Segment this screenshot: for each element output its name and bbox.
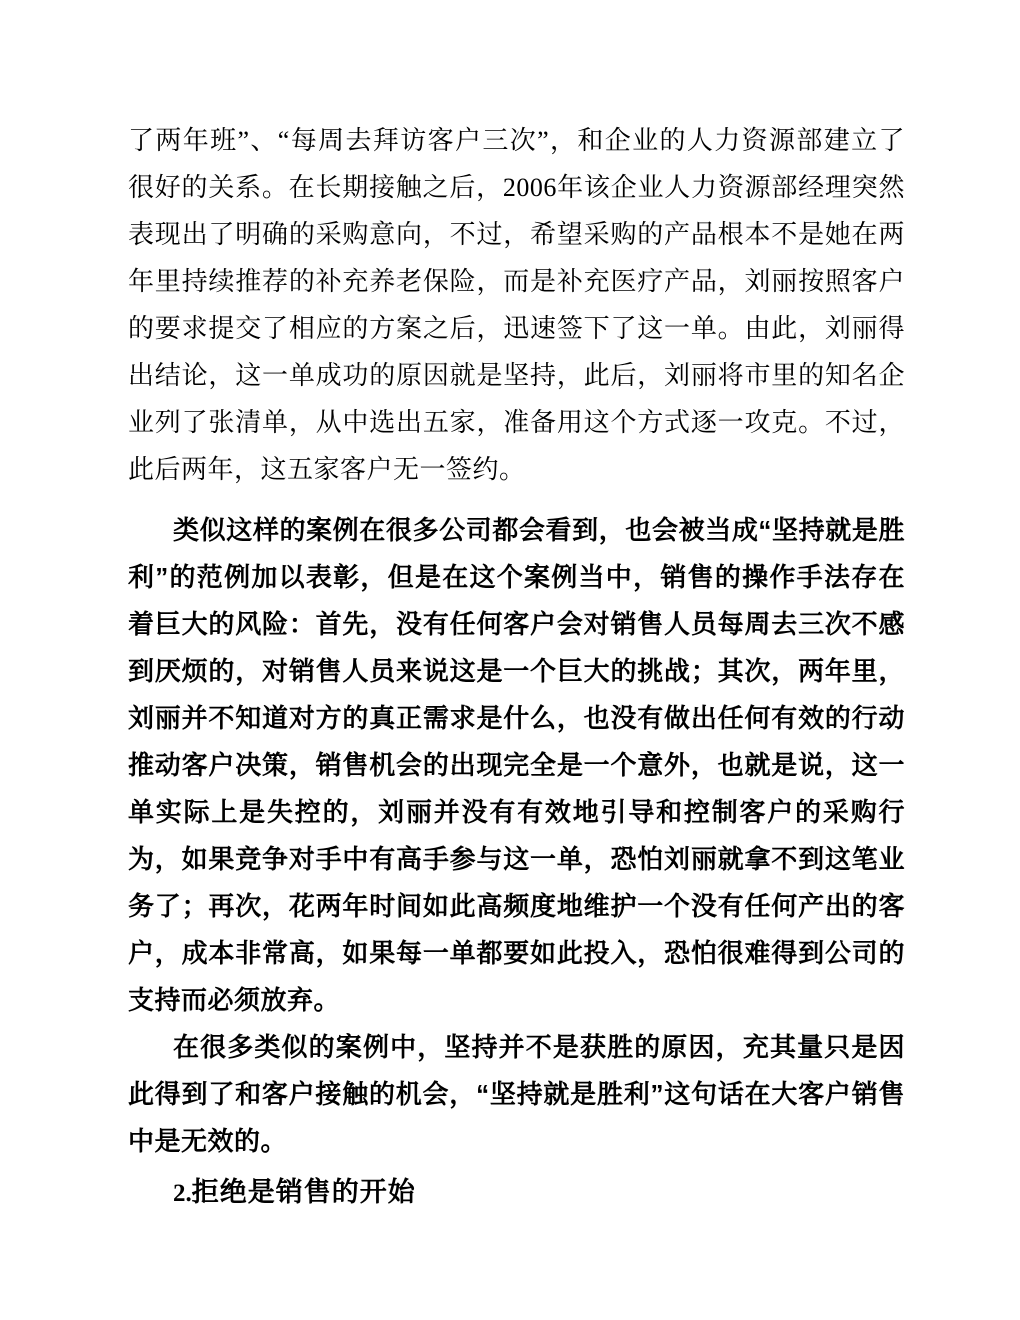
paragraph-conclusion: 在很多类似的案例中，坚持并不是获胜的原因，充其量只是因此得到了和客户接触的机会，…	[128, 1024, 905, 1165]
section-heading: 2.拒绝是销售的开始	[128, 1169, 905, 1217]
section-heading-number: 2.	[173, 1180, 192, 1207]
paragraph-analysis: 类似这样的案例在很多公司都会看到，也会被当成“坚持就是胜利”的范例加以表彰，但是…	[128, 507, 905, 1024]
section-heading-title: 拒绝是销售的开始	[192, 1177, 416, 1207]
paragraph-continuation: 了两年班”、“每周去拜访客户三次”，和企业的人力资源部建立了很好的关系。在长期接…	[128, 117, 905, 493]
document-page: 了两年班”、“每周去拜访客户三次”，和企业的人力资源部建立了很好的关系。在长期接…	[0, 0, 1020, 1320]
